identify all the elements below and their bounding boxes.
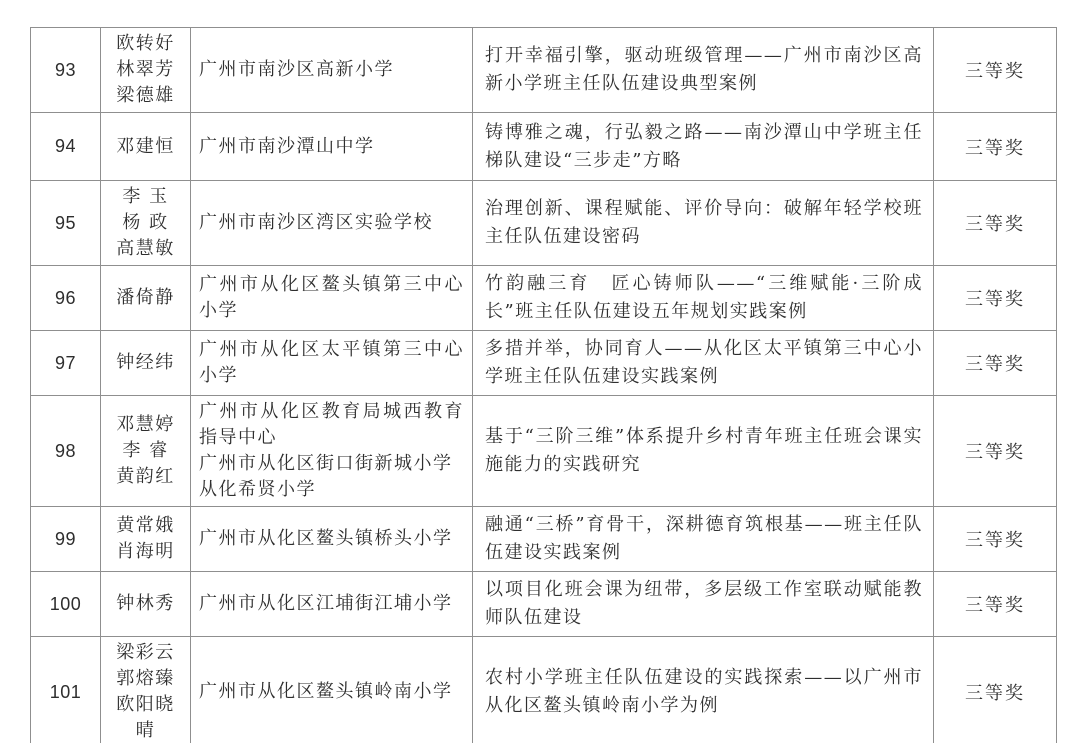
table-row: 100 钟林秀 广州市从化区江埔街江埔小学 以项目化班会课为纽带，多层级工作室联… bbox=[31, 572, 1057, 637]
row-number-cell: 101 bbox=[31, 637, 101, 743]
title-cell: 竹韵融三育 匠心铸师队——“三维赋能·三阶成长”班主任队伍建设五年规划实践案例 bbox=[473, 266, 934, 331]
award-table: 93 欧转好 林翠芳 梁德雄 广州市南沙区高新小学 打开幸福引擎，驱动班级管理—… bbox=[30, 27, 1057, 743]
names-cell: 欧转好 林翠芳 梁德雄 bbox=[101, 28, 191, 113]
school-cell: 广州市南沙区湾区实验学校 bbox=[191, 181, 473, 266]
award-cell: 三等奖 bbox=[934, 181, 1057, 266]
award-cell: 三等奖 bbox=[934, 331, 1057, 396]
school-cell: 广州市从化区鳌头镇第三中心小学 bbox=[191, 266, 473, 331]
award-cell: 三等奖 bbox=[934, 396, 1057, 507]
row-number-cell: 95 bbox=[31, 181, 101, 266]
award-cell: 三等奖 bbox=[934, 113, 1057, 181]
award-cell: 三等奖 bbox=[934, 637, 1057, 743]
award-cell: 三等奖 bbox=[934, 572, 1057, 637]
table-row: 97 钟经纬 广州市从化区太平镇第三中心小学 多措并举，协同育人——从化区太平镇… bbox=[31, 331, 1057, 396]
document-page: 93 欧转好 林翠芳 梁德雄 广州市南沙区高新小学 打开幸福引擎，驱动班级管理—… bbox=[0, 0, 1080, 743]
names-cell: 梁彩云 郭熔臻 欧阳晓晴 bbox=[101, 637, 191, 743]
names-cell: 黄常娥 肖海明 bbox=[101, 507, 191, 572]
table-row: 93 欧转好 林翠芳 梁德雄 广州市南沙区高新小学 打开幸福引擎，驱动班级管理—… bbox=[31, 28, 1057, 113]
school-cell: 广州市南沙潭山中学 bbox=[191, 113, 473, 181]
award-cell: 三等奖 bbox=[934, 28, 1057, 113]
title-cell: 打开幸福引擎，驱动班级管理——广州市南沙区高新小学班主任队伍建设典型案例 bbox=[473, 28, 934, 113]
title-cell: 基于“三阶三维”体系提升乡村青年班主任班会课实施能力的实践研究 bbox=[473, 396, 934, 507]
names-cell: 钟经纬 bbox=[101, 331, 191, 396]
school-cell: 广州市从化区江埔街江埔小学 bbox=[191, 572, 473, 637]
row-number-cell: 98 bbox=[31, 396, 101, 507]
title-cell: 以项目化班会课为纽带，多层级工作室联动赋能教师队伍建设 bbox=[473, 572, 934, 637]
award-cell: 三等奖 bbox=[934, 507, 1057, 572]
names-cell: 钟林秀 bbox=[101, 572, 191, 637]
row-number-cell: 94 bbox=[31, 113, 101, 181]
school-cell: 广州市从化区鳌头镇桥头小学 bbox=[191, 507, 473, 572]
school-cell: 广州市从化区鳌头镇岭南小学 bbox=[191, 637, 473, 743]
table-row: 98 邓慧婷 李 睿 黄韵红 广州市从化区教育局城西教育指导中心 广州市从化区街… bbox=[31, 396, 1057, 507]
school-cell: 广州市从化区太平镇第三中心小学 bbox=[191, 331, 473, 396]
school-cell: 广州市南沙区高新小学 bbox=[191, 28, 473, 113]
table-row: 95 李 玉 杨 政 高慧敏 广州市南沙区湾区实验学校 治理创新、课程赋能、评价… bbox=[31, 181, 1057, 266]
title-cell: 治理创新、课程赋能、评价导向：破解年轻学校班主任队伍建设密码 bbox=[473, 181, 934, 266]
title-cell: 农村小学班主任队伍建设的实践探索——以广州市从化区鳌头镇岭南小学为例 bbox=[473, 637, 934, 743]
row-number-cell: 99 bbox=[31, 507, 101, 572]
table-row: 94 邓建恒 广州市南沙潭山中学 铸博雅之魂，行弘毅之路——南沙潭山中学班主任梯… bbox=[31, 113, 1057, 181]
row-number-cell: 100 bbox=[31, 572, 101, 637]
names-cell: 李 玉 杨 政 高慧敏 bbox=[101, 181, 191, 266]
row-number-cell: 97 bbox=[31, 331, 101, 396]
names-cell: 邓慧婷 李 睿 黄韵红 bbox=[101, 396, 191, 507]
title-cell: 融通“三桥”育骨干，深耕德育筑根基——班主任队伍建设实践案例 bbox=[473, 507, 934, 572]
award-cell: 三等奖 bbox=[934, 266, 1057, 331]
table-row: 96 潘倚静 广州市从化区鳌头镇第三中心小学 竹韵融三育 匠心铸师队——“三维赋… bbox=[31, 266, 1057, 331]
row-number-cell: 93 bbox=[31, 28, 101, 113]
table-row: 101 梁彩云 郭熔臻 欧阳晓晴 广州市从化区鳌头镇岭南小学 农村小学班主任队伍… bbox=[31, 637, 1057, 743]
table-row: 99 黄常娥 肖海明 广州市从化区鳌头镇桥头小学 融通“三桥”育骨干，深耕德育筑… bbox=[31, 507, 1057, 572]
names-cell: 潘倚静 bbox=[101, 266, 191, 331]
title-cell: 多措并举，协同育人——从化区太平镇第三中心小学班主任队伍建设实践案例 bbox=[473, 331, 934, 396]
names-cell: 邓建恒 bbox=[101, 113, 191, 181]
title-cell: 铸博雅之魂，行弘毅之路——南沙潭山中学班主任梯队建设“三步走”方略 bbox=[473, 113, 934, 181]
school-cell: 广州市从化区教育局城西教育指导中心 广州市从化区街口街新城小学 从化希贤小学 bbox=[191, 396, 473, 507]
row-number-cell: 96 bbox=[31, 266, 101, 331]
